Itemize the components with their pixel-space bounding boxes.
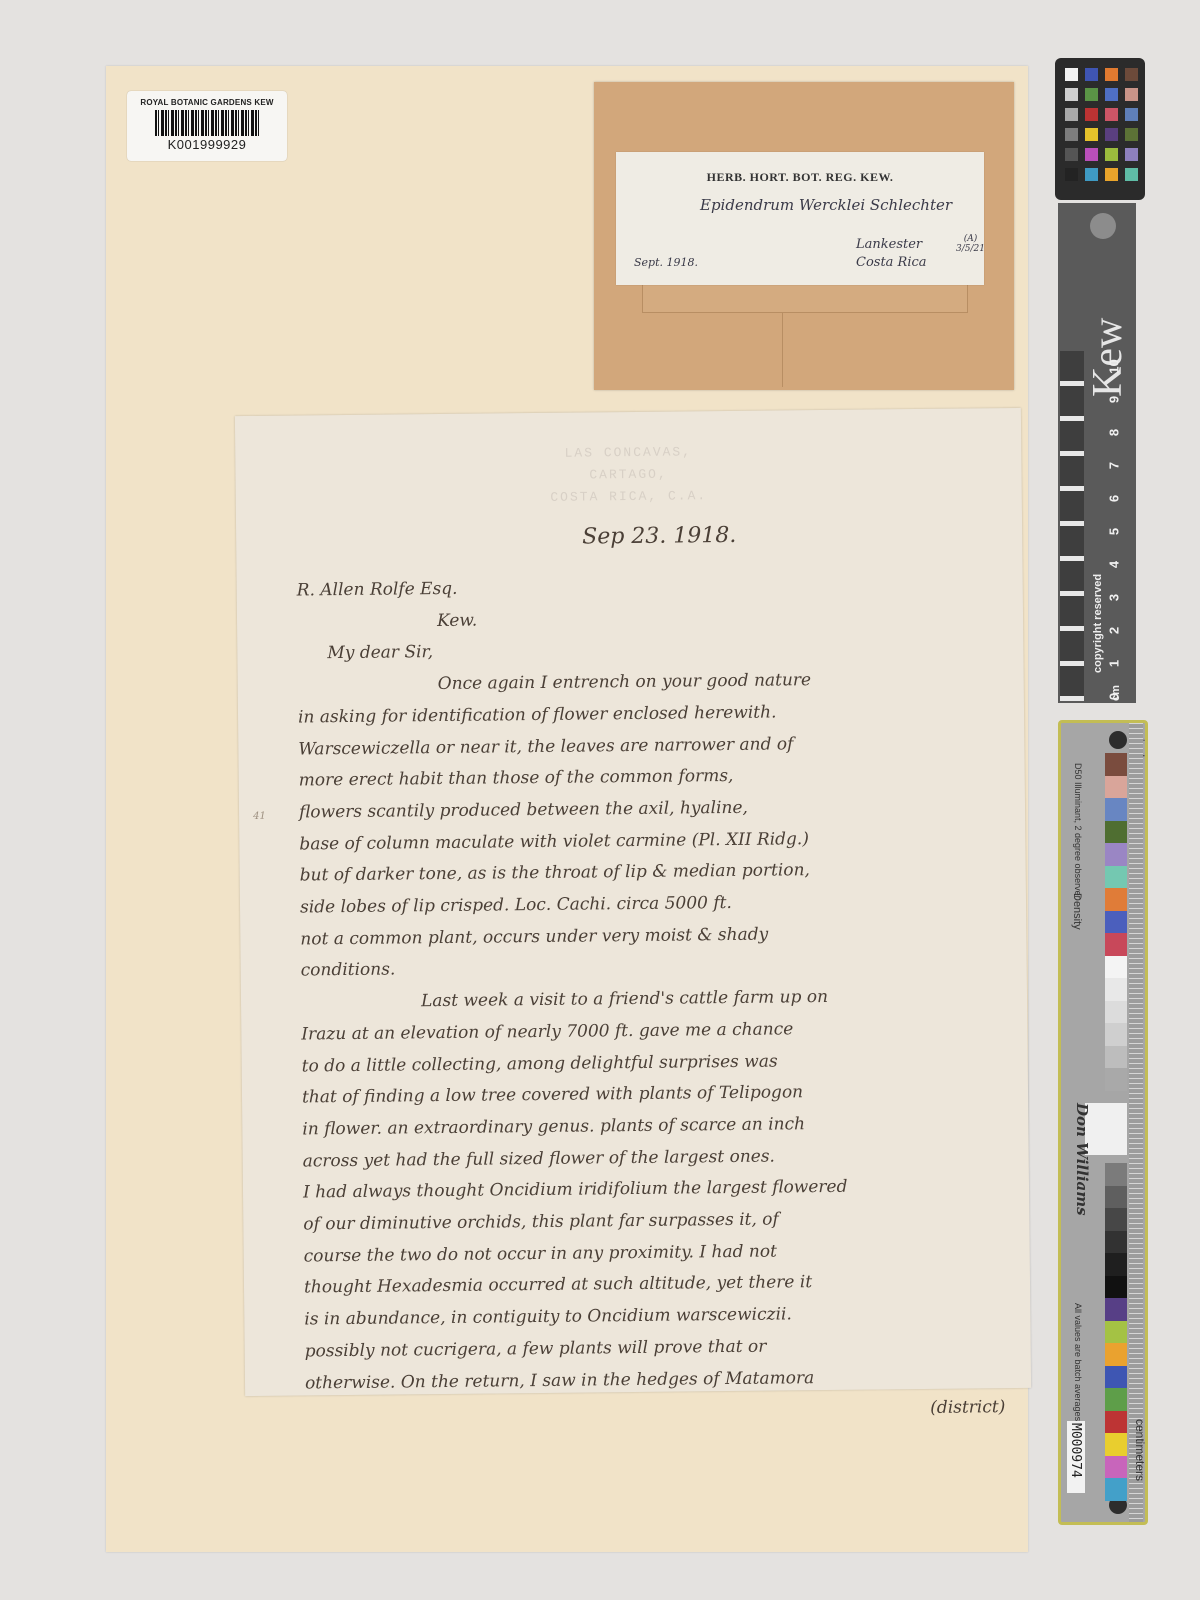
calibration-swatch (1105, 911, 1127, 934)
packet-flap (642, 282, 968, 313)
calibration-swatch (1105, 843, 1127, 866)
color-swatch (1105, 108, 1118, 121)
color-checker-grid (1065, 68, 1139, 182)
calibration-swatch (1105, 866, 1127, 889)
color-swatch (1065, 148, 1078, 161)
color-swatch (1065, 88, 1078, 101)
calibration-swatch (1105, 1478, 1127, 1501)
color-swatch (1105, 68, 1118, 81)
letterhead: LAS CONCAVAS, CARTAGO, COSTA RICA, C.A. (235, 438, 1022, 512)
color-swatch (1085, 148, 1098, 161)
unit-label: cm (1110, 685, 1122, 701)
calibration-swatch (1105, 1231, 1127, 1254)
color-swatch (1085, 168, 1098, 181)
copyright-notice: copyright reserved (1092, 574, 1104, 673)
species-name: Epidendrum Wercklei Schlechter (700, 196, 952, 214)
calibration-swatch (1105, 776, 1127, 799)
density-label: Density (1071, 893, 1083, 930)
kew-crest-icon (1090, 213, 1116, 239)
collection-date: Sept. 1918. (634, 256, 698, 269)
scale-numbers: 012345678910 (1104, 351, 1130, 701)
color-swatch (1125, 68, 1138, 81)
label-header: HERB. HORT. BOT. REG. KEW. (616, 170, 984, 185)
scale-number: 4 (1107, 555, 1122, 575)
calibration-swatch (1105, 956, 1127, 979)
calibration-swatch (1105, 1253, 1127, 1276)
margin-note: 41 (253, 811, 266, 822)
batch-footnote: All values are batch averages (1073, 1303, 1083, 1421)
card-id-tag: M000974 (1067, 1421, 1085, 1493)
centimeters-label: centimeters (1133, 1419, 1147, 1481)
punch-hole-icon (1109, 731, 1127, 749)
card-id: M000974 (1068, 1423, 1083, 1478)
letter-body: R. Allen Rolfe Esq. Kew. My dear Sir, On… (297, 568, 1006, 1431)
cm-ruler (1129, 723, 1143, 1522)
calibration-swatch (1105, 1411, 1127, 1434)
handwritten-letter: LAS CONCAVAS, CARTAGO, COSTA RICA, C.A. … (235, 408, 1031, 1396)
color-swatch (1065, 68, 1078, 81)
calibration-swatch (1105, 1366, 1127, 1389)
calibration-swatch (1105, 1023, 1127, 1046)
calibration-swatch (1105, 1343, 1127, 1366)
color-checker-card (1055, 58, 1145, 200)
calibration-swatch (1105, 753, 1127, 776)
scale-number: 6 (1107, 489, 1122, 509)
scale-number: 3 (1107, 588, 1122, 608)
color-swatch (1125, 128, 1138, 141)
calibration-swatch (1105, 821, 1127, 844)
scale-number: 9 (1107, 390, 1122, 410)
calibration-swatch (1105, 1068, 1127, 1091)
scale-ruler (1060, 351, 1084, 701)
calibration-swatch (1105, 978, 1127, 1001)
kew-scale-bar: Kew 012345678910 copyright reserved cm (1058, 203, 1136, 703)
color-swatch (1105, 128, 1118, 141)
herbarium-label: HERB. HORT. BOT. REG. KEW. Epidendrum We… (616, 152, 984, 285)
scale-number: 10 (1107, 357, 1122, 377)
locality: Costa Rica (856, 254, 927, 272)
color-swatch (1085, 108, 1098, 121)
calibration-swatch (1105, 1046, 1127, 1069)
collector-locality: Lankester Costa Rica (856, 236, 927, 272)
calibration-swatch (1105, 1001, 1127, 1024)
bottom-swatch-strip (1105, 1163, 1127, 1501)
color-swatch (1125, 88, 1138, 101)
scale-number: 7 (1107, 456, 1122, 476)
color-swatch (1085, 128, 1098, 141)
calibration-swatch (1105, 1298, 1127, 1321)
barcode-label: ROYAL BOTANIC GARDENS KEW K001999929 (127, 91, 287, 161)
calibration-swatch (1105, 888, 1127, 911)
collector-name: Lankester (856, 236, 927, 254)
calibration-target-card: inches D50 Illuminant, 2 degree observer… (1058, 720, 1148, 1525)
barcode-number: K001999929 (127, 137, 287, 152)
calibration-swatch (1105, 1321, 1127, 1344)
calibration-swatch (1105, 1456, 1127, 1479)
color-swatch (1125, 108, 1138, 121)
color-swatch (1125, 148, 1138, 161)
letter-date: Sep 23. 1918. (582, 523, 736, 550)
scale-number: 2 (1107, 621, 1122, 641)
scale-number: 8 (1107, 423, 1122, 443)
packet-fold (782, 312, 783, 387)
color-swatch (1065, 108, 1078, 121)
mark-symbol: (A) (956, 234, 985, 244)
scale-number: 1 (1107, 654, 1122, 674)
calibration-swatch (1105, 1163, 1127, 1186)
top-swatch-strip (1105, 753, 1127, 1091)
color-swatch (1085, 68, 1098, 81)
color-swatch (1085, 88, 1098, 101)
scale-number: 5 (1107, 522, 1122, 542)
resolution-target (1085, 1103, 1127, 1155)
brand-name: Don Williams (1073, 1103, 1091, 1216)
color-swatch (1105, 168, 1118, 181)
institution-name: ROYAL BOTANIC GARDENS KEW (127, 98, 287, 107)
calibration-swatch (1105, 798, 1127, 821)
mark-date: 3/5/21 (956, 244, 985, 254)
calibration-swatch (1105, 1208, 1127, 1231)
barcode-icon (155, 110, 259, 136)
calibration-swatch (1105, 1186, 1127, 1209)
color-swatch (1065, 128, 1078, 141)
calibration-swatch (1105, 1433, 1127, 1456)
calibration-swatch (1105, 1388, 1127, 1411)
color-swatch (1105, 88, 1118, 101)
calibration-swatch (1105, 1276, 1127, 1299)
color-swatch (1125, 168, 1138, 181)
calibration-swatch (1105, 933, 1127, 956)
color-swatch (1065, 168, 1078, 181)
color-swatch (1105, 148, 1118, 161)
annotation-mark: (A) 3/5/21 (956, 234, 985, 254)
illuminant-text: D50 Illuminant, 2 degree observer (1073, 763, 1083, 899)
